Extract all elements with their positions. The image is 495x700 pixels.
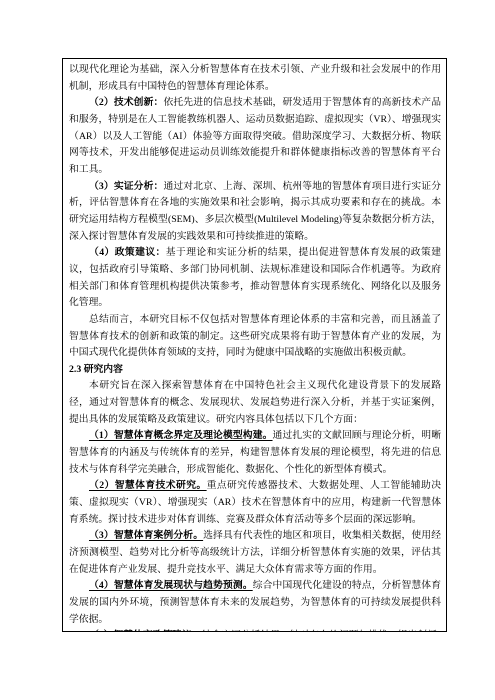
emphasis-run: （1）智慧体育概念界定及理论模型构建。: [89, 430, 273, 441]
emphasis-run: （2）智慧体育技术研究。: [89, 480, 207, 491]
text-run: 本研究旨在深入探索智慧体育在中国特色社会主义现代化建设背景下的发展路径，通过对智…: [69, 380, 441, 424]
emphasis-run: （3）智慧体育案例分析。: [89, 530, 203, 541]
emphasis-run: （5）智慧体育政策建议。: [89, 630, 202, 632]
document-body: 以现代化理论为基础，深入分析智慧体育在技术引领、产业升级和社会发展中的作用机制，…: [69, 62, 441, 632]
emphasis-run: （4）政策建议：: [89, 247, 166, 258]
paragraph: 总结而言，本研究目标不仅包括对智慧体育理论体系的丰富和完善，而且涵盖了智慧体育技…: [69, 312, 441, 362]
emphasis-run: 2.3 研究内容: [69, 364, 123, 375]
text-run: 总结而言，本研究目标不仅包括对智慧体育理论体系的丰富和完善，而且涵盖了智慧体育技…: [69, 314, 441, 358]
emphasis-run: （3）实证分析：: [89, 181, 163, 192]
paragraph: （2）智慧体育技术研究。重点研究传感器技术、大数据处理、人工智能辅助决策、虚拟现…: [69, 478, 441, 528]
paragraph: （4）政策建议：基于理论和实证分析的结果，提出促进智慧体育发展的政策建议，包括政…: [69, 245, 441, 312]
paragraph: （3）智慧体育案例分析。选择具有代表性的地区和项目，收集相关数据，使用经济预测模…: [69, 528, 441, 578]
paragraph: （3）实证分析：通过对北京、上海、深圳、杭州等地的智慧体育项目进行实证分析，评估…: [69, 179, 441, 246]
paragraph: （4）智慧体育发展现状与趋势预测。综合中国现代化建设的特点，分析智慧体育发展的国…: [69, 578, 441, 628]
text-run: 结合实证分析结果，针对存在的问题与挑战，提出创新: [202, 630, 437, 632]
text-run: 依托先进的信息技术基础，研发适用于智慧体育的高新技术产品和服务，特别是在人工智能…: [69, 97, 441, 175]
document-page: 以现代化理论为基础，深入分析智慧体育在技术引领、产业升级和社会发展中的作用机制，…: [0, 0, 495, 700]
paragraph: 本研究旨在深入探索智慧体育在中国特色社会主义现代化建设背景下的发展路径，通过对智…: [69, 378, 441, 428]
paragraph: （2）技术创新：依托先进的信息技术基础，研发适用于智慧体育的高新技术产品和服务，…: [69, 95, 441, 178]
text-run: 以现代化理论为基础，深入分析智慧体育在技术引领、产业升级和社会发展中的作用机制，…: [69, 64, 441, 92]
paragraph: （5）智慧体育政策建议。结合实证分析结果，针对存在的问题与挑战，提出创新: [69, 628, 441, 632]
paragraph: （1）智慧体育概念界定及理论模型构建。通过扎实的文献回顾与理论分析，明晰智慧体育…: [69, 428, 441, 478]
emphasis-run: （2）技术创新：: [89, 97, 163, 108]
section-heading: 2.3 研究内容: [69, 362, 441, 379]
paragraph: 以现代化理论为基础，深入分析智慧体育在技术引领、产业升级和社会发展中的作用机制，…: [69, 62, 441, 95]
emphasis-run: （4）智慧体育发展现状与趋势预测。: [89, 580, 253, 591]
content-cell: 以现代化理论为基础，深入分析智慧体育在技术引领、产业升级和社会发展中的作用机制，…: [62, 58, 447, 632]
